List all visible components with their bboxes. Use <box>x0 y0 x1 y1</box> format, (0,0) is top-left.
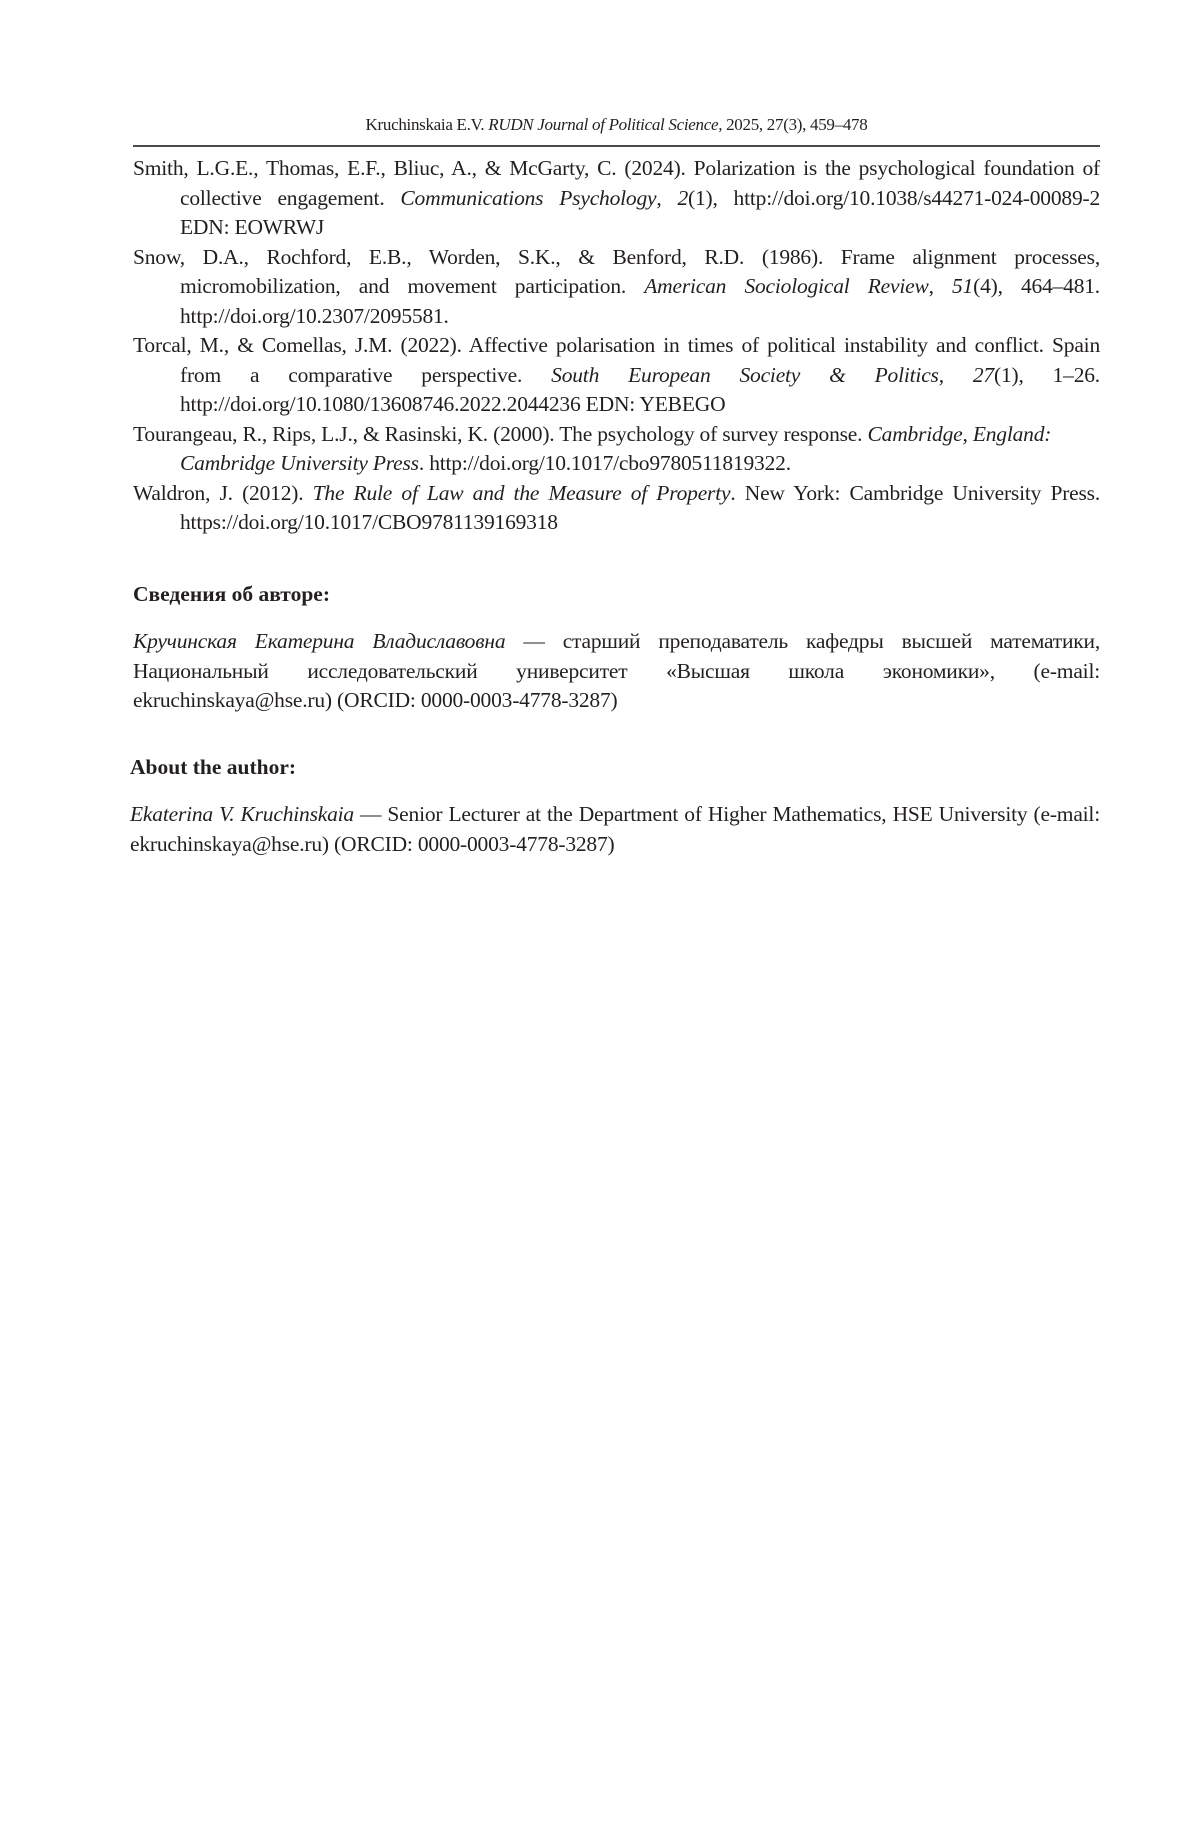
reference-volume: 2 <box>677 186 688 210</box>
author-name-ru: Кручинская Екатерина Владиславовна <box>133 629 505 653</box>
author-info-en-title: About the author: <box>130 753 1100 781</box>
header-issue: 2025, 27(3), 459–478 <box>726 115 867 134</box>
reference-item: Smith, L.G.E., Thomas, E.F., Bliuc, A., … <box>133 154 1100 243</box>
header-journal: RUDN Journal of Political Science, <box>488 115 722 134</box>
reference-item: Tourangeau, R., Rips, L.J., & Rasinski, … <box>133 420 1100 479</box>
reference-volume: 51 <box>952 274 973 298</box>
reference-volume: 27 <box>973 363 994 387</box>
reference-item: Snow, D.A., Rochford, E.B., Worden, S.K.… <box>133 243 1100 332</box>
reference-item: Torcal, M., & Comellas, J.M. (2022). Aff… <box>133 331 1100 420</box>
author-info-ru-body: Кручинская Екатерина Владиславовна — ста… <box>133 627 1100 716</box>
reference-journal: Communications Psychology <box>400 186 656 210</box>
header-author: Kruchinskaia E.V. <box>366 115 485 134</box>
running-header: Kruchinskaia E.V. RUDN Journal of Politi… <box>133 115 1100 135</box>
reference-title: The Rule of Law and the Measure of Prope… <box>313 481 731 505</box>
author-info-ru-title: Сведения об авторе: <box>133 580 1100 608</box>
author-info-en: About the author: Ekaterina V. Kruchinsk… <box>130 753 1100 859</box>
author-info-ru: Сведения об авторе: Кручинская Екатерина… <box>133 580 1100 716</box>
reference-item: Waldron, J. (2012). The Rule of Law and … <box>133 479 1100 538</box>
reference-journal: South European Society & Politics <box>551 363 939 387</box>
author-info-en-body: Ekaterina V. Kruchinskaia — Senior Lectu… <box>130 800 1100 859</box>
reference-journal: American Sociological Review <box>644 274 928 298</box>
author-name-en: Ekaterina V. Kruchinskaia <box>130 802 354 826</box>
reference-list: Smith, L.G.E., Thomas, E.F., Bliuc, A., … <box>133 154 1100 538</box>
header-divider <box>133 145 1100 147</box>
